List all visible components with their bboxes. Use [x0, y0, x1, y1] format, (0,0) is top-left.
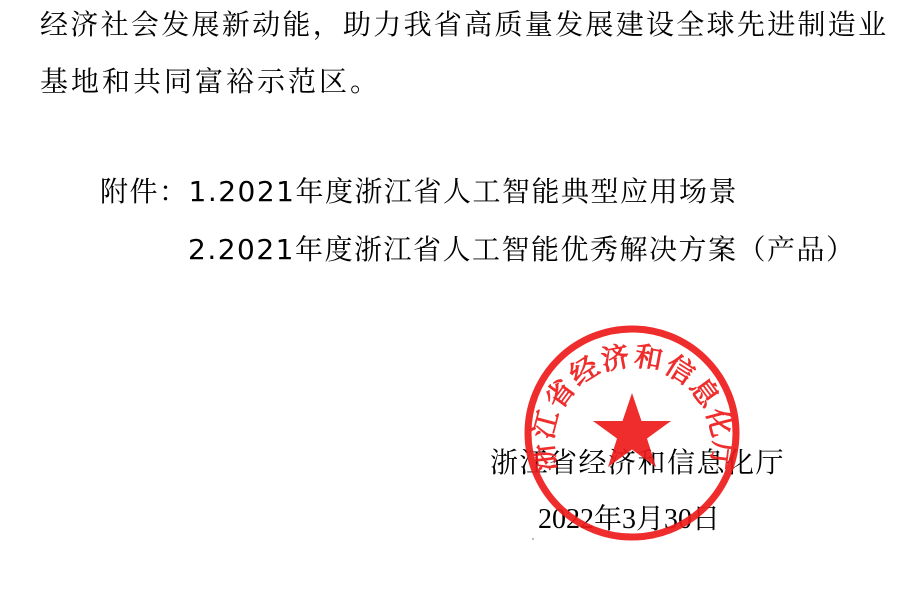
paragraph-line-1: 经济社会发展新动能，助力我省高质量发展建设全球先进制造业: [40, 5, 888, 45]
official-seal: 浙江省经济和信息化厅: [522, 323, 742, 543]
attachment-label: 附件：: [100, 175, 189, 208]
attachment-item-1: 1.2021年度浙江省人工智能典型应用场景: [189, 175, 738, 208]
attachment-item-2: 2.2021年度浙江省人工智能优秀解决方案（产品）: [188, 230, 855, 270]
star-icon: [593, 393, 671, 467]
attachment-line-1: 附件：1.2021年度浙江省人工智能典型应用场景: [100, 172, 738, 212]
paragraph-line-2: 基地和共同富裕示范区。: [40, 62, 381, 102]
